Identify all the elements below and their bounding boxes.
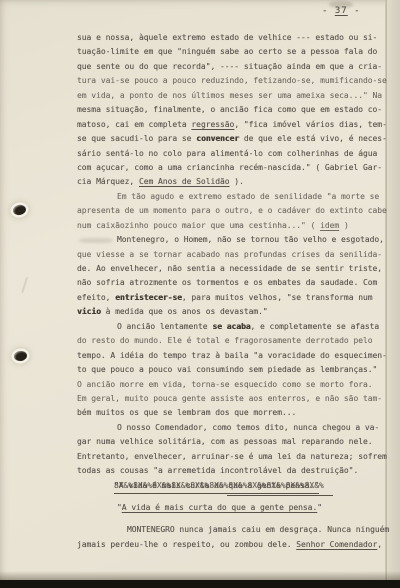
text-segment: jamais perdeu-lhe o respeito, ou zombou … [77,540,296,549]
text-segment: regressão [191,120,234,129]
text-line: de. Ao envelhecer, não sentia a necessid… [77,262,393,276]
text-block: sua e nossa, àquele extremo estado de ve… [77,31,393,552]
text-line: efeito, entristecer-se, para muitos velh… [77,291,393,305]
text-segment: efeito, [77,293,115,302]
text-line: em vida, a ponto de nos últimos meses se… [77,89,393,103]
text-segment: Montenegro, o Homem, não se tornou tão v… [117,235,384,244]
strike-overlay: 8X&%8X&%8X&%8X&%8X&%8X&%8X&%8X&%8X&%8X&%… [114,479,324,493]
text-segment: mesma situação, finalmente, o ancião fic… [77,105,382,114]
text-segment: à medida que os anos os devastam." [101,307,268,316]
scan-bottom-shadow [0,571,400,580]
text-line: jamais perdeu-lhe o respeito, ou zombou … [77,538,393,552]
text-segment: , para muitos velhos, "se transforma num [182,293,373,302]
page-number: - 37 - [322,6,361,16]
text-line: Em tão agudo e extremo estado de senilid… [77,190,393,204]
text-segment: com açucar, como a uma criancinha recém-… [77,163,382,172]
text-segment: do resto do mundo. Ele é total e fragoro… [77,336,373,345]
text-segment: O ancião lentamente [117,322,212,331]
text-segment: sua e nossa, àquele extremo estado de ve… [77,33,377,42]
text-line: tura vai-se pouco a pouco reduzindo, fet… [77,74,393,88]
text-segment: Cem Anos de Solidão [139,177,230,186]
text-segment: A vida é mais curta do que a gente pensa… [122,503,317,512]
text-segment: Senhor Comendador [296,540,377,549]
text-segment: apresenta de um momento para o outro, e … [77,206,387,215]
text-segment: Em geral, muito pouca gente assiste aos … [77,394,382,403]
text-line: O nosso Comendador, como temos dito, nun… [77,421,393,435]
text-segment: ). [230,177,244,186]
scan-bottom-edge [0,580,400,588]
text-segment: não sofria atrozmente os tormentos e os … [77,278,377,287]
text-line: que sente ou do que recorda", ---- situa… [77,60,393,74]
text-segment: ) [339,221,349,230]
text-line: Em geral, muito pouca gente assiste aos … [77,392,393,406]
text-segment: em vida, a ponto de nos últimos meses se… [77,91,382,100]
text-segment: convencer [196,134,239,143]
text-segment: , "fica imóvel vários dias, tem- [234,120,387,129]
text-segment: to que pouco a pouco vai consumindo sem … [77,365,377,374]
text-segment: , e completamente se afasta [250,322,379,331]
text-line: cia Márquez, Cem Anos de Solidão ). [77,175,393,189]
text-segment: se acaba [212,322,250,331]
text-segment: Em tão agudo e extremo estado de senilid… [117,192,379,201]
text-segment: se que sacudi-lo para se [77,134,196,143]
page-number-value: 37 [335,6,348,16]
text-segment: bém muitos os que se lembram dos que mor… [77,408,296,417]
text-line: todas as cousas "a arremetida incontrolá… [77,464,393,478]
second-underline [227,495,333,496]
text-line: Entretanto, envelhecer, arruinar-se é um… [77,450,393,464]
text-line: matoso, cai em completa regressão, "fica… [77,118,393,132]
text-segment: O ancião morre em vida, torna-se esqueci… [77,380,373,389]
text-segment: de que ele está vivo, é neces- [239,134,387,143]
text-segment: num caixãozinho pouco maior que uma cest… [77,221,320,230]
text-line: "A vida é mais curta do que a gente pens… [77,501,393,515]
text-segment: de. Ao envelhecer, não sentia a necessid… [77,264,382,273]
text-segment: matoso, cai em completa [77,120,191,129]
text-segment: tuação-limite em que "ninguém sabe ao ce… [77,47,377,56]
text-segment: tempo. A idéia do tempo traz à baila "a … [77,351,387,360]
text-segment: " [317,503,322,512]
scanned-typewritten-page: { "colors": { "paper": "#eae4d6", "ink":… [0,0,400,588]
struck-text-line: "A vida é mais curta do que a gente pens… [77,479,393,493]
text-line: mesma situação, finalmente, o ancião fic… [77,103,393,117]
text-line: apresenta de um momento para o outro, e … [77,204,393,218]
text-line: O ancião lentamente se acaba, e completa… [77,320,393,334]
text-line: se que sacudi-lo para se convencer de qu… [77,132,393,146]
text-segment: , [377,540,382,549]
text-line: vicio à medida que os anos os devastam." [77,305,393,319]
text-segment: idem [320,221,339,230]
text-segment: MONTENEGRO nunca jamais caiu em desgraça… [127,525,389,534]
text-line: sua e nossa, àquele extremo estado de ve… [77,31,393,45]
text-segment: entristecer-se [115,293,182,302]
text-segment: cia Márquez, [77,177,139,186]
text-line: to que pouco a pouco vai consumindo sem … [77,363,393,377]
text-line: Montenegro, o Homem, não se tornou tão v… [77,233,393,247]
text-segment: O nosso Comendador, como temos dito, nun… [117,423,379,432]
text-line: MONTENEGRO nunca jamais caiu em desgraça… [77,523,393,537]
page-number-prefix: - [322,6,335,16]
text-line: que viesse a se tornar acabado nas profu… [77,248,393,262]
text-line: do resto do mundo. Ele é total e fragoro… [77,334,393,348]
text-line: com açucar, como a uma criancinha recém-… [77,161,393,175]
text-line: não sofria atrozmente os tormentos e os … [77,276,393,290]
text-segment: Entretanto, envelhecer, arruinar-se é um… [77,452,387,461]
page-number-suffix: - [348,6,361,16]
overstruck-sentence: "A vida é mais curta do que a gente pens… [114,479,319,494]
text-line: tuação-limite em que "ninguém sabe ao ce… [77,45,393,59]
text-segment: tura vai-se pouco a pouco reduzindo, fet… [77,76,387,85]
text-segment: gar numa velhice solitária, com as pesso… [77,437,373,446]
text-line: O ancião morre em vida, torna-se esqueci… [77,378,393,392]
text-segment: vicio [77,307,101,316]
text-segment: que sente ou do que recorda", ---- situa… [77,62,382,71]
text-segment: sário sentá-lo no colo para alimentá-lo … [77,149,377,158]
text-line: num caixãozinho pouco maior que uma cest… [77,219,393,233]
text-line: tempo. A idéia do tempo traz à baila "a … [77,349,393,363]
text-segment: que viesse a se tornar acabado nas profu… [77,250,382,259]
text-line: bém muitos os que se lembram dos que mor… [77,406,393,420]
text-line: sário sentá-lo no colo para alimentá-lo … [77,147,393,161]
text-line: gar numa velhice solitária, com as pesso… [77,435,393,449]
text-segment: todas as cousas "a arremetida incontrolá… [77,466,358,475]
